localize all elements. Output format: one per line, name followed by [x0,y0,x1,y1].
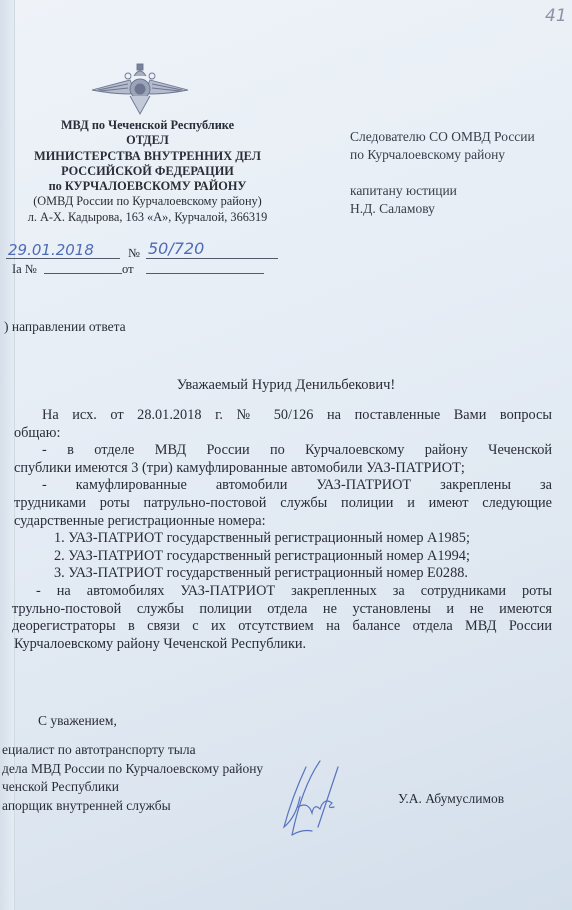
letter-subject: ) направлении ответа [4,319,126,335]
body-line: трудниками роты патрульно-постовой служб… [0,495,552,513]
signatory-title: ециалист по автотранспорту тыла дела МВД… [2,741,263,815]
addressee-line: Следователю СО ОМВД России [350,128,535,146]
signatory-line: ченской Республики [2,778,263,797]
letterhead-line: ОТДЕЛ [0,133,295,148]
body-line: - на автомобилях УАЗ-ПАТРИОТ закрепленны… [0,583,552,601]
sender-letterhead: МВД по Чеченской Республике ОТДЕЛ МИНИСТ… [0,118,295,225]
number-label: № [128,246,140,261]
body-line: На исх. от 28.01.2018 г. № 50/126 на пос… [0,407,552,425]
reference-date-underline [146,273,264,274]
signatory-line: ециалист по автотранспорту тыла [2,741,263,760]
list-item: 2. УАЗ-ПАТРИОТ государственный регистрац… [0,548,552,566]
body-line: спублики имеются 3 (три) камуфлированные… [0,460,552,478]
addressee-name: Н.Д. Саламову [350,200,535,218]
body-line: деорегистраторы в связи с их отсутствием… [0,618,552,636]
greeting: Уважаемый Нурид Денильбекович! [0,377,572,394]
body-line: сударственные регистрационные номера: [0,513,552,531]
letterhead-address: л. А-Х. Кадырова, 163 «А», Курчалой, 366… [0,210,295,225]
addressee-line: по Курчалоевскому району [350,146,535,164]
body-line: - в отделе МВД России по Курчалоевскому … [0,442,552,460]
letterhead-line: МИНИСТЕРСТВА ВНУТРЕННИХ ДЕЛ [0,149,295,164]
date-underline [6,258,120,259]
reference-date-label: от [122,262,134,277]
signatory-name: У.А. Абумуслимов [398,791,504,807]
signatory-line: апорщик внутренней службы [2,797,263,816]
mvd-emblem-icon [90,62,190,120]
reference-number-label: Iа № [12,262,37,277]
signatory-line: дела МВД России по Курчалоевскому району [2,760,263,779]
addressee-block: Следователю СО ОМВД России по Курчалоевс… [350,128,535,218]
letterhead-line: по КУРЧАЛОЕВСКОМУ РАЙОНУ [0,179,295,194]
outgoing-number-handwritten: 50/720 [148,239,204,258]
body-line: Курчалоевскому району Чеченской Республи… [0,636,552,654]
reference-number-underline [44,273,122,274]
closing: С уважением, [38,713,117,729]
outgoing-date-handwritten: 29.01.2018 [8,241,94,259]
list-item: 3. УАЗ-ПАТРИОТ государственный регистрац… [0,565,552,583]
body-line: - камуфлированные автомобили УАЗ-ПАТРИОТ… [0,477,552,495]
body-line: общаю: [0,425,552,443]
letter-body: На исх. от 28.01.2018 г. № 50/126 на пос… [0,407,552,653]
body-line: трульно-постовой службы полиции отдела н… [0,601,552,619]
letterhead-line: МВД по Чеченской Республике [0,118,295,133]
letterhead-line: РОССИЙСКОЙ ФЕДЕРАЦИИ [0,164,295,179]
page-number: 41 [545,6,567,26]
list-item: 1. УАЗ-ПАТРИОТ государственный регистрац… [0,530,552,548]
addressee-rank: капитану юстиции [350,182,535,200]
number-underline [146,258,278,259]
letterhead-line: (ОМВД России по Курчалоевскому району) [0,194,295,209]
handwritten-signature-icon [262,757,352,842]
